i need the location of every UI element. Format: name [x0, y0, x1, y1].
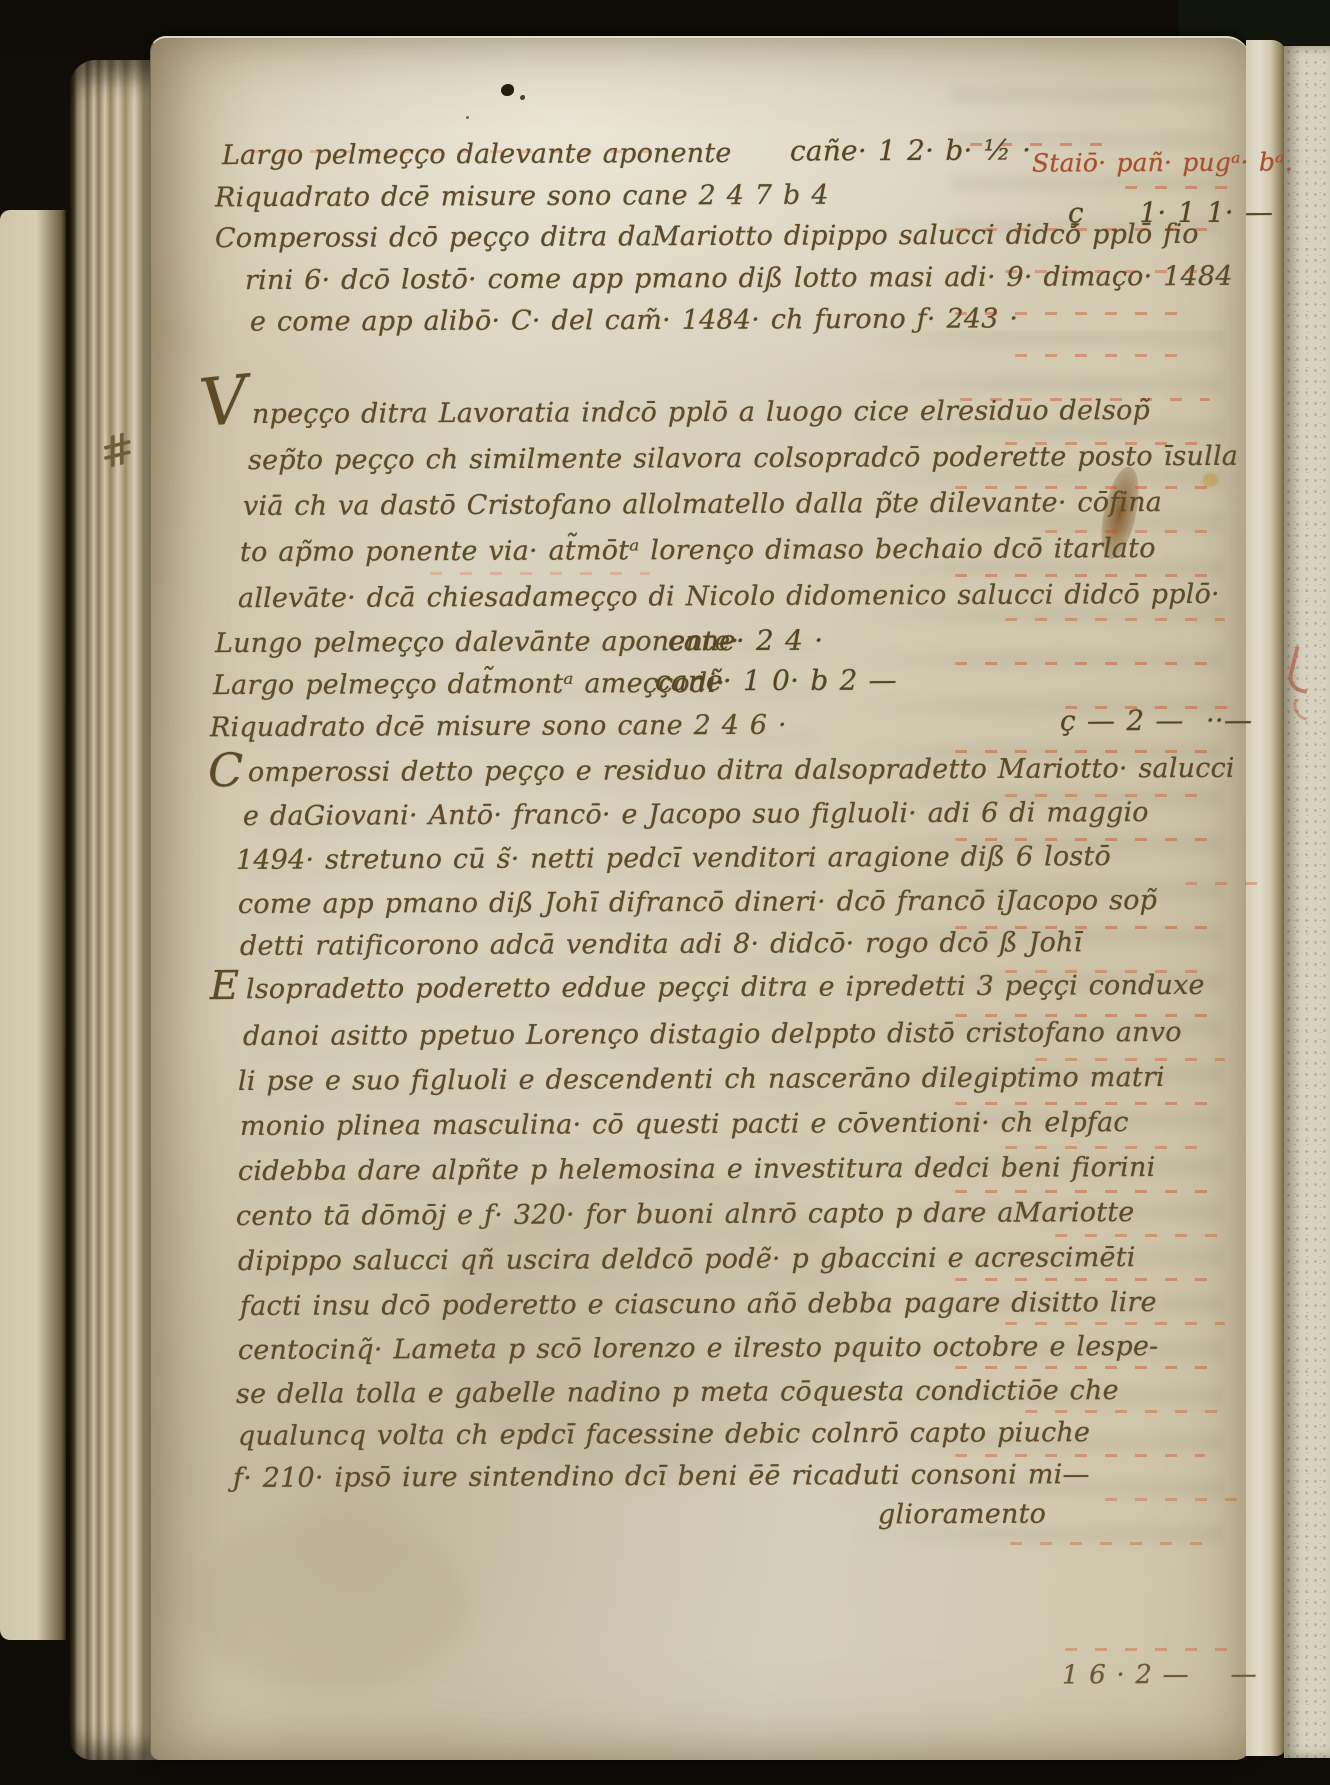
entry-initial: E [210, 966, 240, 1006]
manuscript-line: se della tolla e gabelle nadino p meta c… [236, 1376, 1119, 1410]
manuscript-line: detti ratificorono adcā vendita adi 8· d… [240, 928, 1083, 962]
manuscript-line: ƒ· 210· ipsō iure sintendino dcī beni ēē… [233, 1460, 1090, 1494]
ruling-dash [1055, 1234, 1235, 1237]
measure-line-label: Largo pelmeçço dat̃montᵃ ameççodi· [213, 669, 725, 701]
manuscript-line: monio plinea masculina· cō questi pacti … [240, 1108, 1129, 1142]
ruling-dash [955, 1454, 1205, 1457]
ruling-dash [1005, 618, 1225, 621]
measure-line-value: cane· 2 4 · [668, 626, 823, 657]
manuscript-line: allevāte· dcā chiesadameçço di Nicolo di… [238, 580, 1220, 614]
manuscript-line: dipippo salucci qñ uscira deldcō podẽ· p… [238, 1243, 1136, 1277]
ruling-dash [955, 1278, 1225, 1281]
manuscript-line: Comperossi dcō peçço ditra daMariotto di… [215, 220, 1199, 254]
manuscript-line: viā ch va dastō Cristofano allolmatello … [243, 488, 1162, 522]
manuscript-line: rini 6· dcō lostō· come app pmano diß lo… [245, 262, 1233, 296]
margin-mark: # [97, 432, 139, 470]
manuscript-line: cidebba dare alpñte p helemosina e inves… [238, 1153, 1156, 1187]
ruling-dash [1025, 1410, 1225, 1413]
entry-initial: V [197, 370, 251, 435]
measure-line-label: Riquadrato dcē misure sono cane 2 4 7 b … [215, 181, 829, 214]
rubric-heading: Staiō· pañ· pugᵃ· bᵃ. [1032, 147, 1293, 178]
ruling-dash [955, 574, 1225, 577]
measure-line-label: Riquadrato dcē misure sono cane 2 4 6 · [210, 711, 787, 744]
manuscript-line: npeçço ditra Lavoratia indcō pplō a luog… [252, 396, 1150, 430]
measure-line-label: Largo pelmeçço dalevante aponente [222, 139, 732, 171]
manuscript-line: facti insu dcō poderetto e ciascuno añō … [240, 1288, 1157, 1322]
ruling-dash [955, 1190, 1215, 1193]
measure-line-value: cañe· 1 2· b· ½ · [790, 135, 1031, 166]
manuscript-line: sep̃to peçço ch similmente silavora cols… [248, 442, 1238, 476]
ruling-dash [1105, 1498, 1255, 1501]
manuscript-line: lsopradetto poderetto eddue peççi ditra … [246, 971, 1205, 1005]
underlying-leaf-edge [0, 210, 66, 1640]
manuscript-line: e daGiovani· Antō· francō· e Jacopo suo … [243, 798, 1149, 832]
ink-blot [520, 95, 525, 100]
entry-signoff: glioramento [878, 1500, 1046, 1531]
ruling-dash [430, 572, 650, 575]
measure-line-label: Lungo pelmeçço dalevānte aponente· [215, 627, 739, 659]
manuscript-line: to ap̃mo ponente via· at̃mōtᵃ lorenço di… [240, 534, 1156, 568]
manuscript-line: e come app alibō· C· del cam̃· 1484· ch … [250, 304, 1018, 337]
next-page-edge [1284, 46, 1330, 1758]
manuscript-line: li pse e suo figluoli e descendenti ch n… [238, 1063, 1165, 1097]
manuscript-line: omperossi detto peçço e residuo ditra da… [248, 754, 1235, 788]
manuscript-line: come app pmano diß Johī difrancō dineri·… [238, 886, 1157, 920]
ruling-dash [1035, 1058, 1225, 1061]
ruling-dash [955, 662, 1225, 665]
ruling-dash [955, 1102, 1215, 1105]
ink-blot [501, 84, 514, 96]
manuscript-photo: Largo pelmeçço dalevante aponente cañe· … [0, 0, 1330, 1785]
manuscript-line: cento tā dōmōj e ƒ· 320· for buoni alnrō… [236, 1198, 1135, 1232]
ruling-dash [1015, 354, 1195, 357]
ink-blot [466, 116, 469, 119]
manuscript-line: 1494· stretuno cū s̃· netti pedcī vendit… [236, 842, 1111, 876]
ruling-dash [1010, 1542, 1210, 1545]
right-column-amount: ç — 2 — ··— [1060, 706, 1252, 737]
ruling-dash [1065, 1648, 1235, 1651]
ruling-dash [955, 1366, 1215, 1369]
folio-number: 1 6 · 2 — — [1062, 1660, 1257, 1691]
ruling-dash [1005, 1146, 1215, 1149]
manuscript-line: danoi asitto ppetuo Lorenço distagio del… [243, 1018, 1182, 1052]
ruling-dash [1125, 186, 1235, 189]
measure-line-value: canẽ· 1 0· b 2 — [655, 665, 897, 696]
entry-initial: C [208, 748, 244, 792]
ruling-dash [1185, 882, 1275, 885]
manuscript-line: qualuncq volta ch epdcī facessine debic … [238, 1418, 1090, 1452]
ruling-dash [1005, 1322, 1225, 1325]
manuscript-line: centocinq̃· Lameta p scō lorenzo e ilres… [238, 1332, 1159, 1366]
gutter-page-edges [70, 60, 162, 1760]
